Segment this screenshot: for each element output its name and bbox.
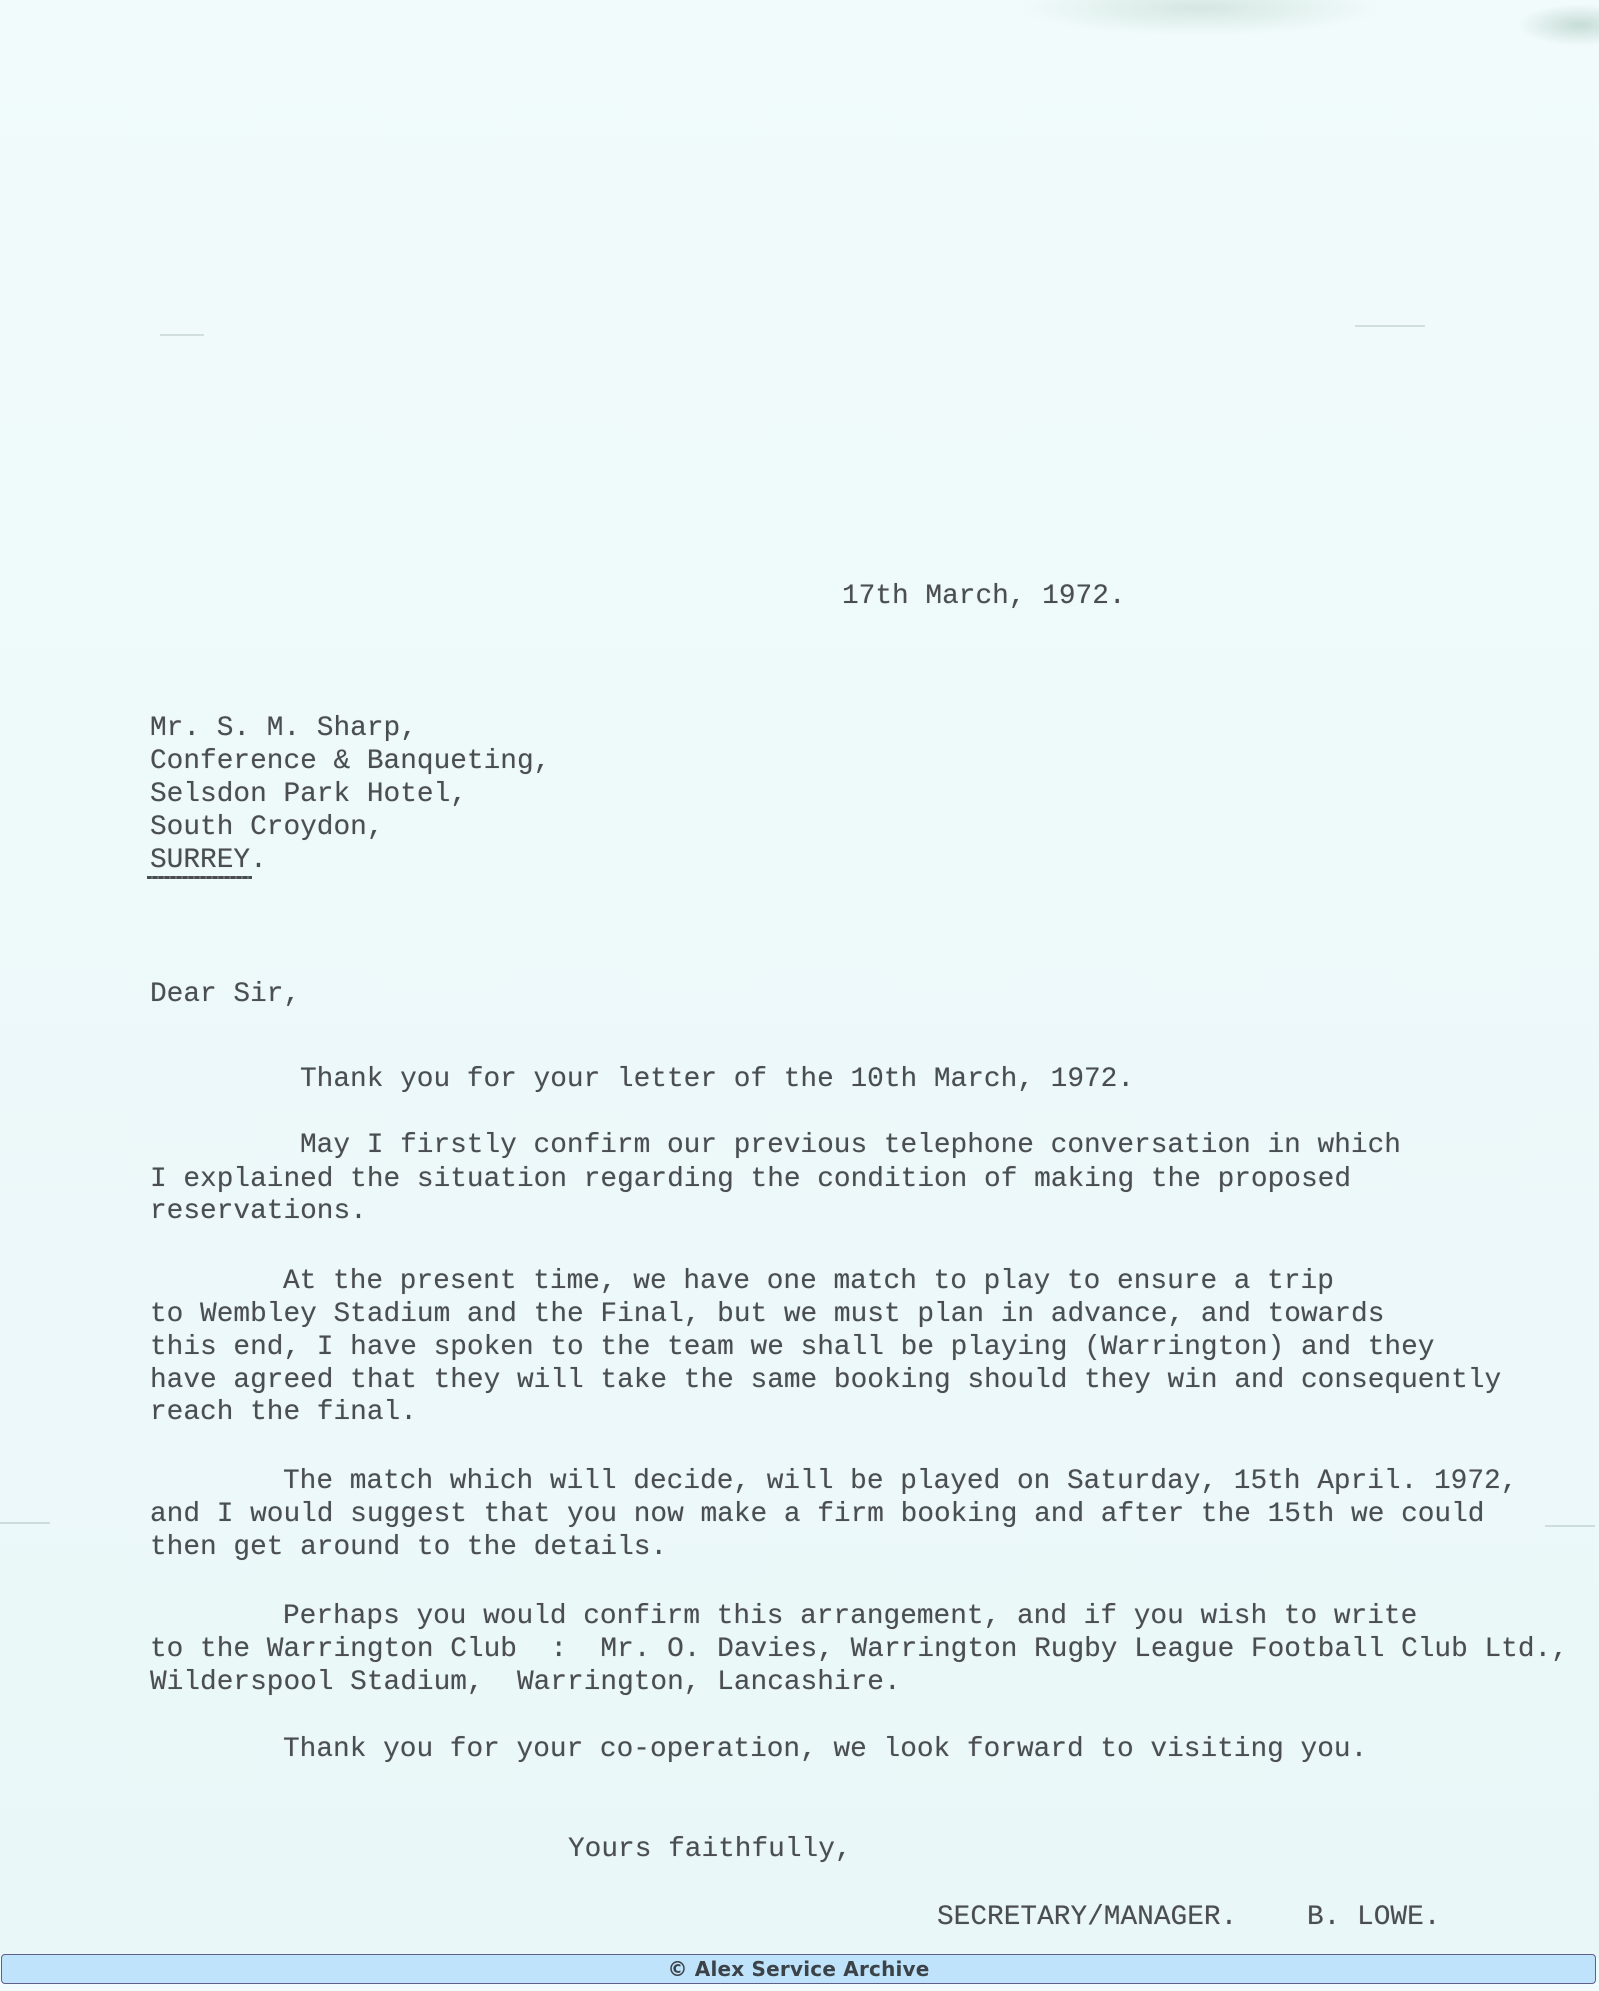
paragraph-line: reservations.: [150, 1195, 367, 1228]
paragraph-line: then get around to the details.: [150, 1531, 667, 1564]
paper-speck: [160, 334, 204, 336]
paragraph-line: to Wembley Stadium and the Final, but we…: [150, 1298, 1384, 1331]
salutation: Dear Sir,: [150, 978, 300, 1011]
paragraph-line: have agreed that they will take the same…: [150, 1364, 1501, 1397]
paragraph-line: and I would suggest that you now make a …: [150, 1498, 1484, 1531]
recipient-line: Conference & Banqueting,: [150, 745, 550, 778]
paragraph-line: Thank you for your letter of the 10th Ma…: [300, 1063, 1134, 1096]
copyright-bar: © Alex Service Archive: [1, 1954, 1596, 1984]
closing: Yours faithfully,: [568, 1833, 852, 1866]
paragraph-line: to the Warrington Club : Mr. O. Davies, …: [150, 1633, 1568, 1666]
paragraph-line: reach the final.: [150, 1396, 417, 1429]
paragraph-line: Wilderspool Stadium, Warrington, Lancash…: [150, 1666, 901, 1699]
paragraph-line: May I firstly confirm our previous telep…: [300, 1129, 1401, 1162]
recipient-county: SURREY.: [150, 844, 267, 877]
signatory-title: SECRETARY/MANAGER.: [937, 1901, 1237, 1934]
paper-speck: [1355, 325, 1425, 327]
paragraph-line: Thank you for your co-operation, we look…: [283, 1733, 1367, 1766]
letter-date: 17th March, 1972.: [842, 580, 1126, 613]
copyright-text: © Alex Service Archive: [667, 1957, 929, 1981]
paragraph-line: At the present time, we have one match t…: [283, 1265, 1334, 1298]
recipient-line: South Croydon,: [150, 811, 384, 844]
county-underline: [147, 876, 252, 879]
paragraph-line: this end, I have spoken to the team we s…: [150, 1331, 1434, 1364]
paper-speck: [1545, 1525, 1595, 1527]
signatory-name: B. LOWE.: [1307, 1901, 1440, 1934]
paragraph-line: The match which will decide, will be pla…: [283, 1465, 1517, 1498]
paper-speck: [0, 1522, 50, 1524]
recipient-line: Selsdon Park Hotel,: [150, 778, 467, 811]
paragraph-line: I explained the situation regarding the …: [150, 1163, 1351, 1196]
recipient-line: Mr. S. M. Sharp,: [150, 712, 417, 745]
paragraph-line: Perhaps you would confirm this arrangeme…: [283, 1600, 1417, 1633]
